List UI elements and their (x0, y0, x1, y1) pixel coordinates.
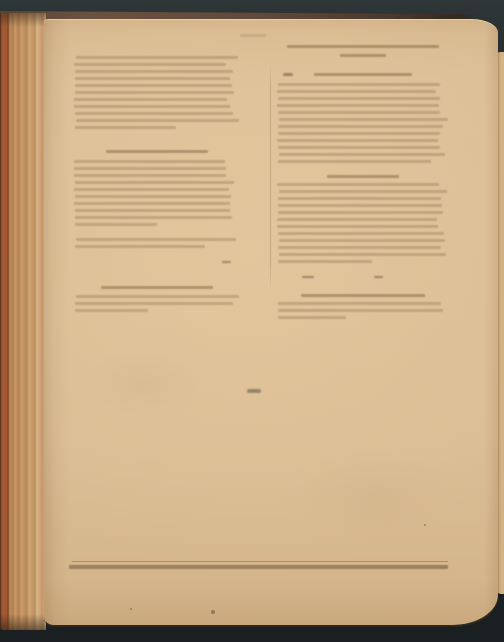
left-col-paragraph-4-line (75, 309, 148, 312)
left-col-heading-2-line (101, 286, 213, 289)
right-col-paragraph-3-line (278, 309, 443, 312)
left-col-paragraph-1-line (75, 126, 176, 129)
book-scan (0, 0, 504, 642)
fox-speck-2 (130, 608, 132, 610)
right-col-paragraph-2-line (278, 246, 441, 249)
left-col-paragraph-2-line (75, 216, 232, 219)
right-col-subheading-2-line (327, 175, 399, 178)
right-col-paragraph-2-line (277, 183, 439, 186)
page-number-ghost-line (240, 34, 266, 37)
left-col-paragraph-2-line (75, 223, 157, 226)
right-col-paragraph-1-line (279, 153, 445, 156)
fox-speck-3 (424, 524, 426, 526)
left-col-heading-1-line (106, 150, 208, 153)
right-col-paragraph-2-line (279, 239, 445, 242)
left-col-paragraph-1-line (75, 70, 233, 73)
right-col-paragraph-2-line (278, 197, 441, 200)
right-col-paragraph-2-line (278, 260, 372, 263)
right-col-paragraph-2-line (279, 253, 446, 256)
ghost-dash-1 (222, 261, 231, 263)
right-col-paragraph-2-line (277, 218, 437, 221)
book-page (44, 19, 498, 625)
ink-smudge (247, 389, 261, 393)
left-col-paragraph-2-line (75, 209, 231, 212)
adjacent-page-edge (497, 52, 504, 594)
left-col-paragraph-2-line (75, 181, 233, 184)
ghost-dash-2 (302, 276, 314, 278)
right-col-paragraph-1-line (278, 83, 441, 86)
left-col-paragraph-2-line (74, 174, 226, 177)
left-col-paragraph-1-line (76, 119, 239, 122)
left-col-paragraph-4-line (76, 295, 238, 298)
right-col-paragraph-1-line (277, 139, 438, 142)
right-col-subheading-line (314, 73, 412, 76)
subheading-mark (283, 73, 293, 76)
right-col-paragraph-1-line (277, 90, 437, 93)
right-col-heading-3-line (301, 294, 425, 297)
ghost-text-layer (44, 19, 498, 625)
right-col-paragraph-2-line (278, 211, 443, 214)
right-col-paragraph-1-line (278, 132, 440, 135)
right-col-paragraph-1-line (278, 146, 440, 149)
footer-imprint-ghost-line (69, 565, 448, 569)
left-col-paragraph-1-line (74, 98, 227, 101)
left-col-paragraph-2-line (74, 160, 226, 163)
left-col-paragraph-2-line (75, 195, 231, 198)
left-col-paragraph-2-line (74, 167, 227, 170)
right-col-paragraph-1-line (279, 118, 447, 121)
left-col-paragraph-3-line (75, 245, 205, 248)
right-col-paragraph-2-line (279, 190, 447, 193)
footer-rule (72, 561, 448, 562)
right-col-paragraph-1-line (278, 97, 440, 100)
right-col-paragraph-2-line (278, 232, 444, 235)
left-col-paragraph-1-line (75, 84, 232, 87)
right-col-paragraph-2-line (278, 204, 442, 207)
left-col-paragraph-2-line (74, 188, 228, 191)
right-col-paragraph-3-line (278, 316, 346, 319)
fox-speck-1 (211, 610, 215, 614)
left-col-paragraph-1-line (75, 91, 234, 94)
left-col-paragraph-3-line (76, 238, 237, 241)
right-col-title-line-1-line (287, 45, 439, 48)
left-col-paragraph-1-line (75, 112, 233, 115)
page-stack-left-edges (0, 13, 46, 630)
right-col-paragraph-1-line (278, 125, 442, 128)
right-col-paragraph-1-line (277, 104, 438, 107)
ghost-dash-3 (374, 276, 383, 278)
left-col-paragraph-1-line (76, 56, 238, 59)
left-col-paragraph-2-line (74, 202, 229, 205)
left-col-paragraph-1-line (75, 77, 231, 80)
right-col-paragraph-2-line (277, 225, 438, 228)
left-col-paragraph-4-line (75, 302, 233, 305)
right-col-paragraph-3-line (278, 302, 442, 305)
column-divider-ghost (270, 63, 271, 291)
right-col-paragraph-1-line (278, 111, 440, 114)
right-col-title-line-2-line (340, 54, 386, 57)
left-col-paragraph-1-line (74, 105, 229, 108)
right-col-paragraph-1-line (278, 160, 431, 163)
left-col-paragraph-1-line (74, 63, 226, 66)
